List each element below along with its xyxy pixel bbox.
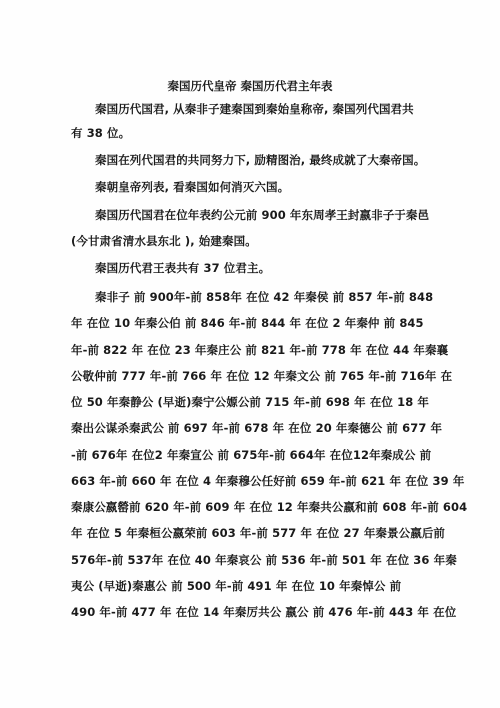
ruler-list-line: 490 年-前 477 年 在位 14 年秦厉共公 嬴公 前 476 年-前 4… [71,605,423,619]
ruler-list-line: 秦康公嬴罃前 620 年-前 609 年 在位 12 年秦共公嬴和前 608 年… [71,500,423,514]
ruler-list-line: 夷公 (早逝)秦惠公 前 500 年-前 491 年 在位 10 年秦悼公 前 [71,579,423,593]
paragraph-intro-line2: 有 38 位。 [71,126,423,140]
paragraph-founding-line2: (今甘肃省清水县东北 ), 始建秦国。 [71,234,423,248]
ruler-list-line: 663 年-前 660 年 在位 4 年秦穆公任好前 659 年-前 621 年… [71,474,423,488]
ruler-list-line: 年 在位 10 年秦公伯 前 846 年-前 844 年 在位 2 年秦仲 前 … [71,316,423,330]
ruler-list-line: 秦非子 前 900年-前 858年 在位 42 年秦侯 前 857 年-前 84… [95,290,423,304]
paragraph-founding-line1: 秦国历代国君在位年表约公元前 900 年东周孝王封嬴非子于秦邑 [95,208,423,222]
ruler-list-line: 576年-前 537年 在位 40 年秦哀公 前 536 年-前 501 年 在… [71,553,423,567]
ruler-list-line: 位 50 年秦静公 (早逝)秦宁公嫄公前 715 年-前 698 年 在位 18… [71,395,423,409]
paragraph-list-intro: 秦朝皇帝列表, 看秦国如何消灭六国。 [95,180,423,194]
ruler-list-line: 年 在位 5 年秦桓公嬴荣前 603 年-前 577 年 在位 27 年秦景公嬴… [71,526,423,540]
document-title: 秦国历代皇帝 秦国历代君主年表 [0,78,500,94]
paragraph-effort: 秦国在列代国君的共同努力下, 励精图治, 最终成就了大秦帝国。 [95,153,423,167]
paragraph-count: 秦国历代君王表共有 37 位君主。 [95,261,423,275]
ruler-list-line: 年-前 822 年 在位 23 年秦庄公 前 821 年-前 778 年 在位 … [71,343,423,357]
ruler-list-line: 秦出公谋杀秦武公 前 697 年-前 678 年 在位 20 年秦德公 前 67… [71,421,423,435]
ruler-list-line: 公敬仲前 777 年-前 766 年 在位 12 年秦文公 前 765 年-前 … [71,369,423,383]
document-page: 秦国历代皇帝 秦国历代君主年表 秦国历代国君, 从秦非子建秦国到秦始皇称帝, 秦… [0,0,500,708]
paragraph-intro-line1: 秦国历代国君, 从秦非子建秦国到秦始皇称帝, 秦国列代国君共 [95,102,423,116]
ruler-list-line: -前 676年 在位2 年秦宣公 前 675年-前 664年 在位12年秦成公 … [71,448,423,462]
